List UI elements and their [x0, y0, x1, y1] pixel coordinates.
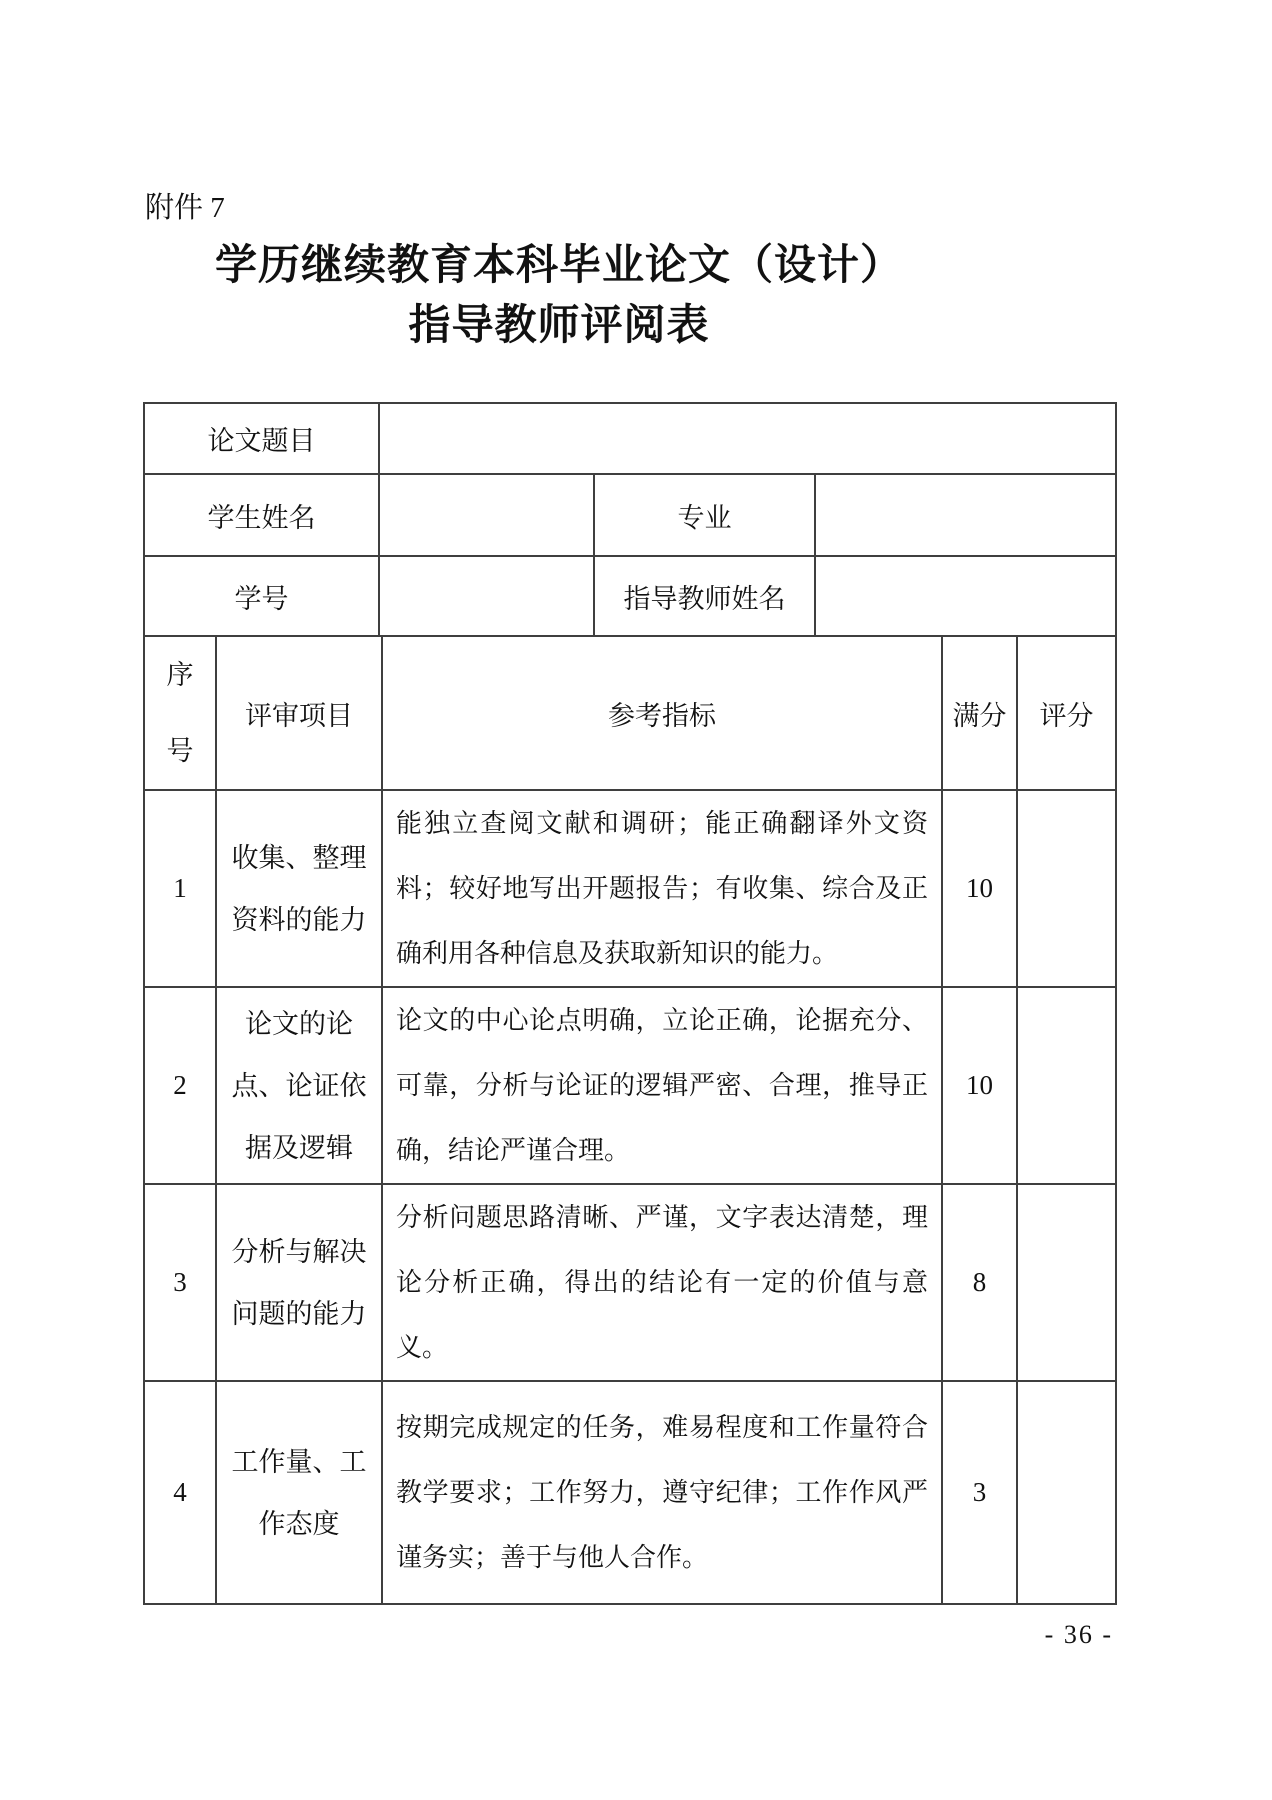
- row-index: 1: [145, 790, 216, 987]
- row-score: [1017, 987, 1115, 1184]
- info-table: 论文题目 学生姓名 专业 学号 指导教师姓名: [145, 404, 1115, 637]
- header-criteria: 参考指标: [382, 637, 942, 790]
- advisor-name-label: 指导教师姓名: [594, 556, 815, 636]
- row-item: 论文的论点、论证依据及逻辑: [216, 987, 382, 1184]
- document-title: 学历继续教育本科毕业论文（设计） 指导教师评阅表: [143, 236, 975, 356]
- row-criteria: 按期完成规定的任务，难易程度和工作量符合教学要求；工作努力，遵守纪律；工作作风严…: [382, 1381, 942, 1603]
- score-header-row: 序号 评审项目 参考指标 满分 评分: [145, 637, 1115, 790]
- student-name-value: [379, 474, 594, 556]
- row-item: 工作量、工作态度: [216, 1381, 382, 1603]
- student-name-row: 学生姓名 专业: [145, 474, 1115, 556]
- student-id-value: [379, 556, 594, 636]
- major-label: 专业: [594, 474, 815, 556]
- review-form-table: 论文题目 学生姓名 专业 学号 指导教师姓名 序号: [143, 402, 1117, 1605]
- advisor-name-value: [815, 556, 1115, 636]
- row-index: 3: [145, 1184, 216, 1381]
- score-table: 序号 评审项目 参考指标 满分 评分 1 收集、整理资料的能力 能独立查阅文献和…: [145, 637, 1115, 1603]
- header-max-score: 满分: [942, 637, 1017, 790]
- row-index: 2: [145, 987, 216, 1184]
- row-item: 收集、整理资料的能力: [216, 790, 382, 987]
- score-row-1: 1 收集、整理资料的能力 能独立查阅文献和调研；能正确翻译外文资料；较好地写出开…: [145, 790, 1115, 987]
- row-item: 分析与解决问题的能力: [216, 1184, 382, 1381]
- row-criteria: 分析问题思路清晰、严谨，文字表达清楚，理论分析正确，得出的结论有一定的价值与意义…: [382, 1184, 942, 1381]
- row-score: [1017, 790, 1115, 987]
- row-score: [1017, 1381, 1115, 1603]
- score-row-2: 2 论文的论点、论证依据及逻辑 论文的中心论点明确，立论正确，论据充分、可靠，分…: [145, 987, 1115, 1184]
- student-name-label: 学生姓名: [145, 474, 379, 556]
- attachment-label: 附件 7: [145, 190, 225, 226]
- row-max-score: 8: [942, 1184, 1017, 1381]
- page-number: - 36 -: [1045, 1620, 1113, 1650]
- thesis-title-value: [379, 404, 1115, 474]
- student-id-row: 学号 指导教师姓名: [145, 556, 1115, 636]
- row-criteria: 能独立查阅文献和调研；能正确翻译外文资料；较好地写出开题报告；有收集、综合及正确…: [382, 790, 942, 987]
- header-index-text: 序号: [163, 637, 197, 789]
- thesis-title-label: 论文题目: [145, 404, 379, 474]
- header-index: 序号: [145, 637, 216, 790]
- score-row-4: 4 工作量、工作态度 按期完成规定的任务，难易程度和工作量符合教学要求；工作努力…: [145, 1381, 1115, 1603]
- student-id-label: 学号: [145, 556, 379, 636]
- row-criteria: 论文的中心论点明确，立论正确，论据充分、可靠，分析与论证的逻辑严密、合理，推导正…: [382, 987, 942, 1184]
- row-max-score: 10: [942, 790, 1017, 987]
- document-page: 附件 7 学历继续教育本科毕业论文（设计） 指导教师评阅表 论文题目 学生姓名 …: [0, 0, 1272, 1800]
- header-item: 评审项目: [216, 637, 382, 790]
- major-value: [815, 474, 1115, 556]
- row-index: 4: [145, 1381, 216, 1603]
- title-line-2: 指导教师评阅表: [143, 296, 975, 356]
- header-score: 评分: [1017, 637, 1115, 790]
- row-max-score: 10: [942, 987, 1017, 1184]
- thesis-title-row: 论文题目: [145, 404, 1115, 474]
- score-row-3: 3 分析与解决问题的能力 分析问题思路清晰、严谨，文字表达清楚，理论分析正确，得…: [145, 1184, 1115, 1381]
- row-score: [1017, 1184, 1115, 1381]
- row-max-score: 3: [942, 1381, 1017, 1603]
- title-line-1: 学历继续教育本科毕业论文（设计）: [143, 236, 975, 296]
